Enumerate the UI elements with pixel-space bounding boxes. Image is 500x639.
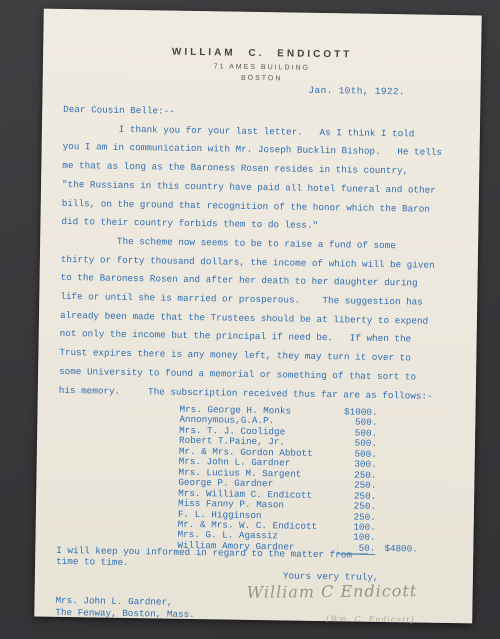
text-line: The Fenway, Boston, Mass. — [55, 606, 195, 620]
letterhead-city: BOSTON — [43, 72, 481, 86]
body-paragraphs: I thank you for your last letter. As I t… — [59, 120, 465, 407]
letter-date: Jan. 10th, 1922. — [308, 85, 405, 98]
letter-body: Dear Cousin Belle:-- I thank you for you… — [59, 101, 466, 407]
recipient-address: Mrs. John L. Gardner,The Fenway, Boston,… — [55, 595, 195, 620]
photo-background: { "letterhead": { "name": "WILLIAM C. EN… — [0, 0, 500, 639]
archival-note: [Wm. C. Endicott] — [326, 614, 414, 624]
letterhead-name: WILLIAM C. ENDICOTT — [43, 45, 481, 63]
signature-handwriting: William C Endicott — [247, 580, 477, 601]
letterhead: WILLIAM C. ENDICOTT 71 AMES BUILDING BOS… — [43, 45, 481, 86]
subscription-list: Mrs. George H. Monks$1000.Annonymous,G.A… — [177, 405, 420, 555]
letter-paper: WILLIAM C. ENDICOTT 71 AMES BUILDING BOS… — [34, 9, 481, 624]
